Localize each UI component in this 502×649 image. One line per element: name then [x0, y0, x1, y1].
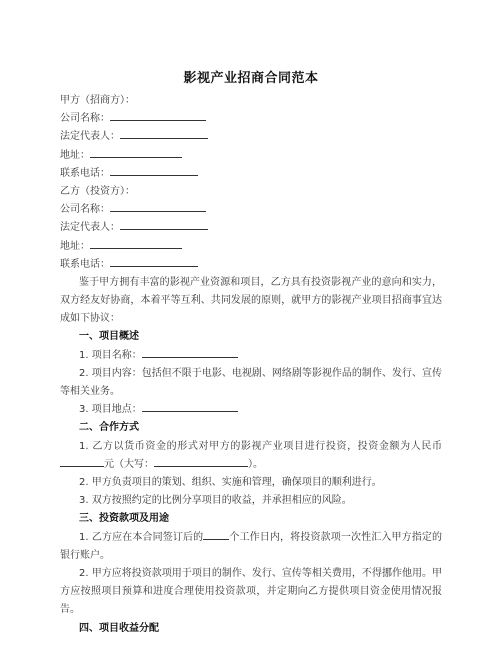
party-b-company-blank	[110, 201, 206, 212]
clause-payment-deadline: 1. 乙方应在本合同签订后的个工作日内，将投资款项一次性汇入甲方指定的银行账户。	[60, 529, 442, 565]
investment-amount-blank	[60, 456, 104, 467]
party-b-representative-label: 法定代表人：	[60, 222, 120, 233]
clause-text: 1. 乙方应在本合同签订后的	[79, 532, 203, 543]
clause-text: 1. 项目名称：	[79, 350, 142, 361]
party-a-address-blank	[90, 147, 182, 158]
clause-profit-sharing: 3. 双方按照约定的比例分享项目的收益，并承担相应的风险。	[60, 492, 442, 510]
clause-project-location: 3. 项目地点：	[60, 401, 442, 419]
party-b-phone-blank	[110, 256, 198, 267]
party-b-representative-field: 法定代表人：	[60, 219, 442, 237]
clause-project-content: 2. 项目内容：包括但不限于电影、电视剧、网络剧等影视作品的制作、发行、宣传等相…	[60, 365, 442, 401]
party-a-label: 甲方（招商方）：	[60, 92, 442, 110]
party-a-address-field: 地址：	[60, 147, 442, 165]
preamble-paragraph: 鉴于甲方拥有丰富的影视产业资源和项目，乙方具有投资影视产业的意向和实力，双方经友…	[60, 274, 442, 329]
clause-text: ）。	[248, 459, 263, 470]
party-b-phone-label: 联系电话：	[60, 259, 110, 270]
party-a-company-label: 公司名称：	[60, 113, 110, 124]
section-heading-cooperation-method: 二、合作方式	[60, 419, 442, 437]
party-b-representative-blank	[120, 219, 208, 230]
party-a-representative-field: 法定代表人：	[60, 128, 442, 146]
party-b-label: 乙方（投资方）：	[60, 183, 442, 201]
party-b-address-field: 地址：	[60, 238, 442, 256]
clause-text: 1. 乙方以货币资金的形式对甲方的影视产业项目进行投资，投资金额为人民币	[79, 441, 442, 452]
party-a-phone-blank	[110, 165, 198, 176]
investment-amount-words-blank	[154, 456, 248, 467]
clause-party-a-responsibility: 2. 甲方负责项目的策划、组织、实施和管理，确保项目的顺利进行。	[60, 474, 442, 492]
clause-project-name: 1. 项目名称：	[60, 347, 442, 365]
party-a-phone-label: 联系电话：	[60, 168, 110, 179]
document-page: 影视产业招商合同范本 甲方（招商方）： 公司名称： 法定代表人： 地址： 联系电…	[60, 68, 442, 638]
party-b-phone-field: 联系电话：	[60, 256, 442, 274]
party-a-representative-label: 法定代表人：	[60, 131, 120, 142]
working-days-blank	[203, 529, 229, 540]
project-location-blank	[142, 401, 238, 412]
clause-investment-amount: 1. 乙方以货币资金的形式对甲方的影视产业项目进行投资，投资金额为人民币元（大写…	[60, 438, 442, 474]
section-heading-project-overview: 一、项目概述	[60, 328, 442, 346]
party-b-company-label: 公司名称：	[60, 204, 110, 215]
section-heading-profit-distribution: 四、项目收益分配	[60, 620, 442, 638]
party-b-company-field: 公司名称：	[60, 201, 442, 219]
party-b-address-label: 地址：	[60, 241, 90, 252]
party-a-representative-blank	[120, 128, 208, 139]
party-a-address-label: 地址：	[60, 150, 90, 161]
document-title: 影视产业招商合同范本	[60, 68, 442, 90]
party-a-company-blank	[110, 110, 206, 121]
project-name-blank	[142, 347, 238, 358]
party-a-phone-field: 联系电话：	[60, 165, 442, 183]
party-a-company-field: 公司名称：	[60, 110, 442, 128]
clause-text: 3. 项目地点：	[79, 404, 142, 415]
clause-fund-usage: 2. 甲方应将投资款项用于项目的制作、发行、宣传等相关费用，不得挪作他用。甲方应…	[60, 565, 442, 620]
section-heading-investment-funds: 三、投资款项及用途	[60, 510, 442, 528]
party-b-address-blank	[90, 238, 182, 249]
clause-text: 元（大写：	[104, 459, 154, 470]
